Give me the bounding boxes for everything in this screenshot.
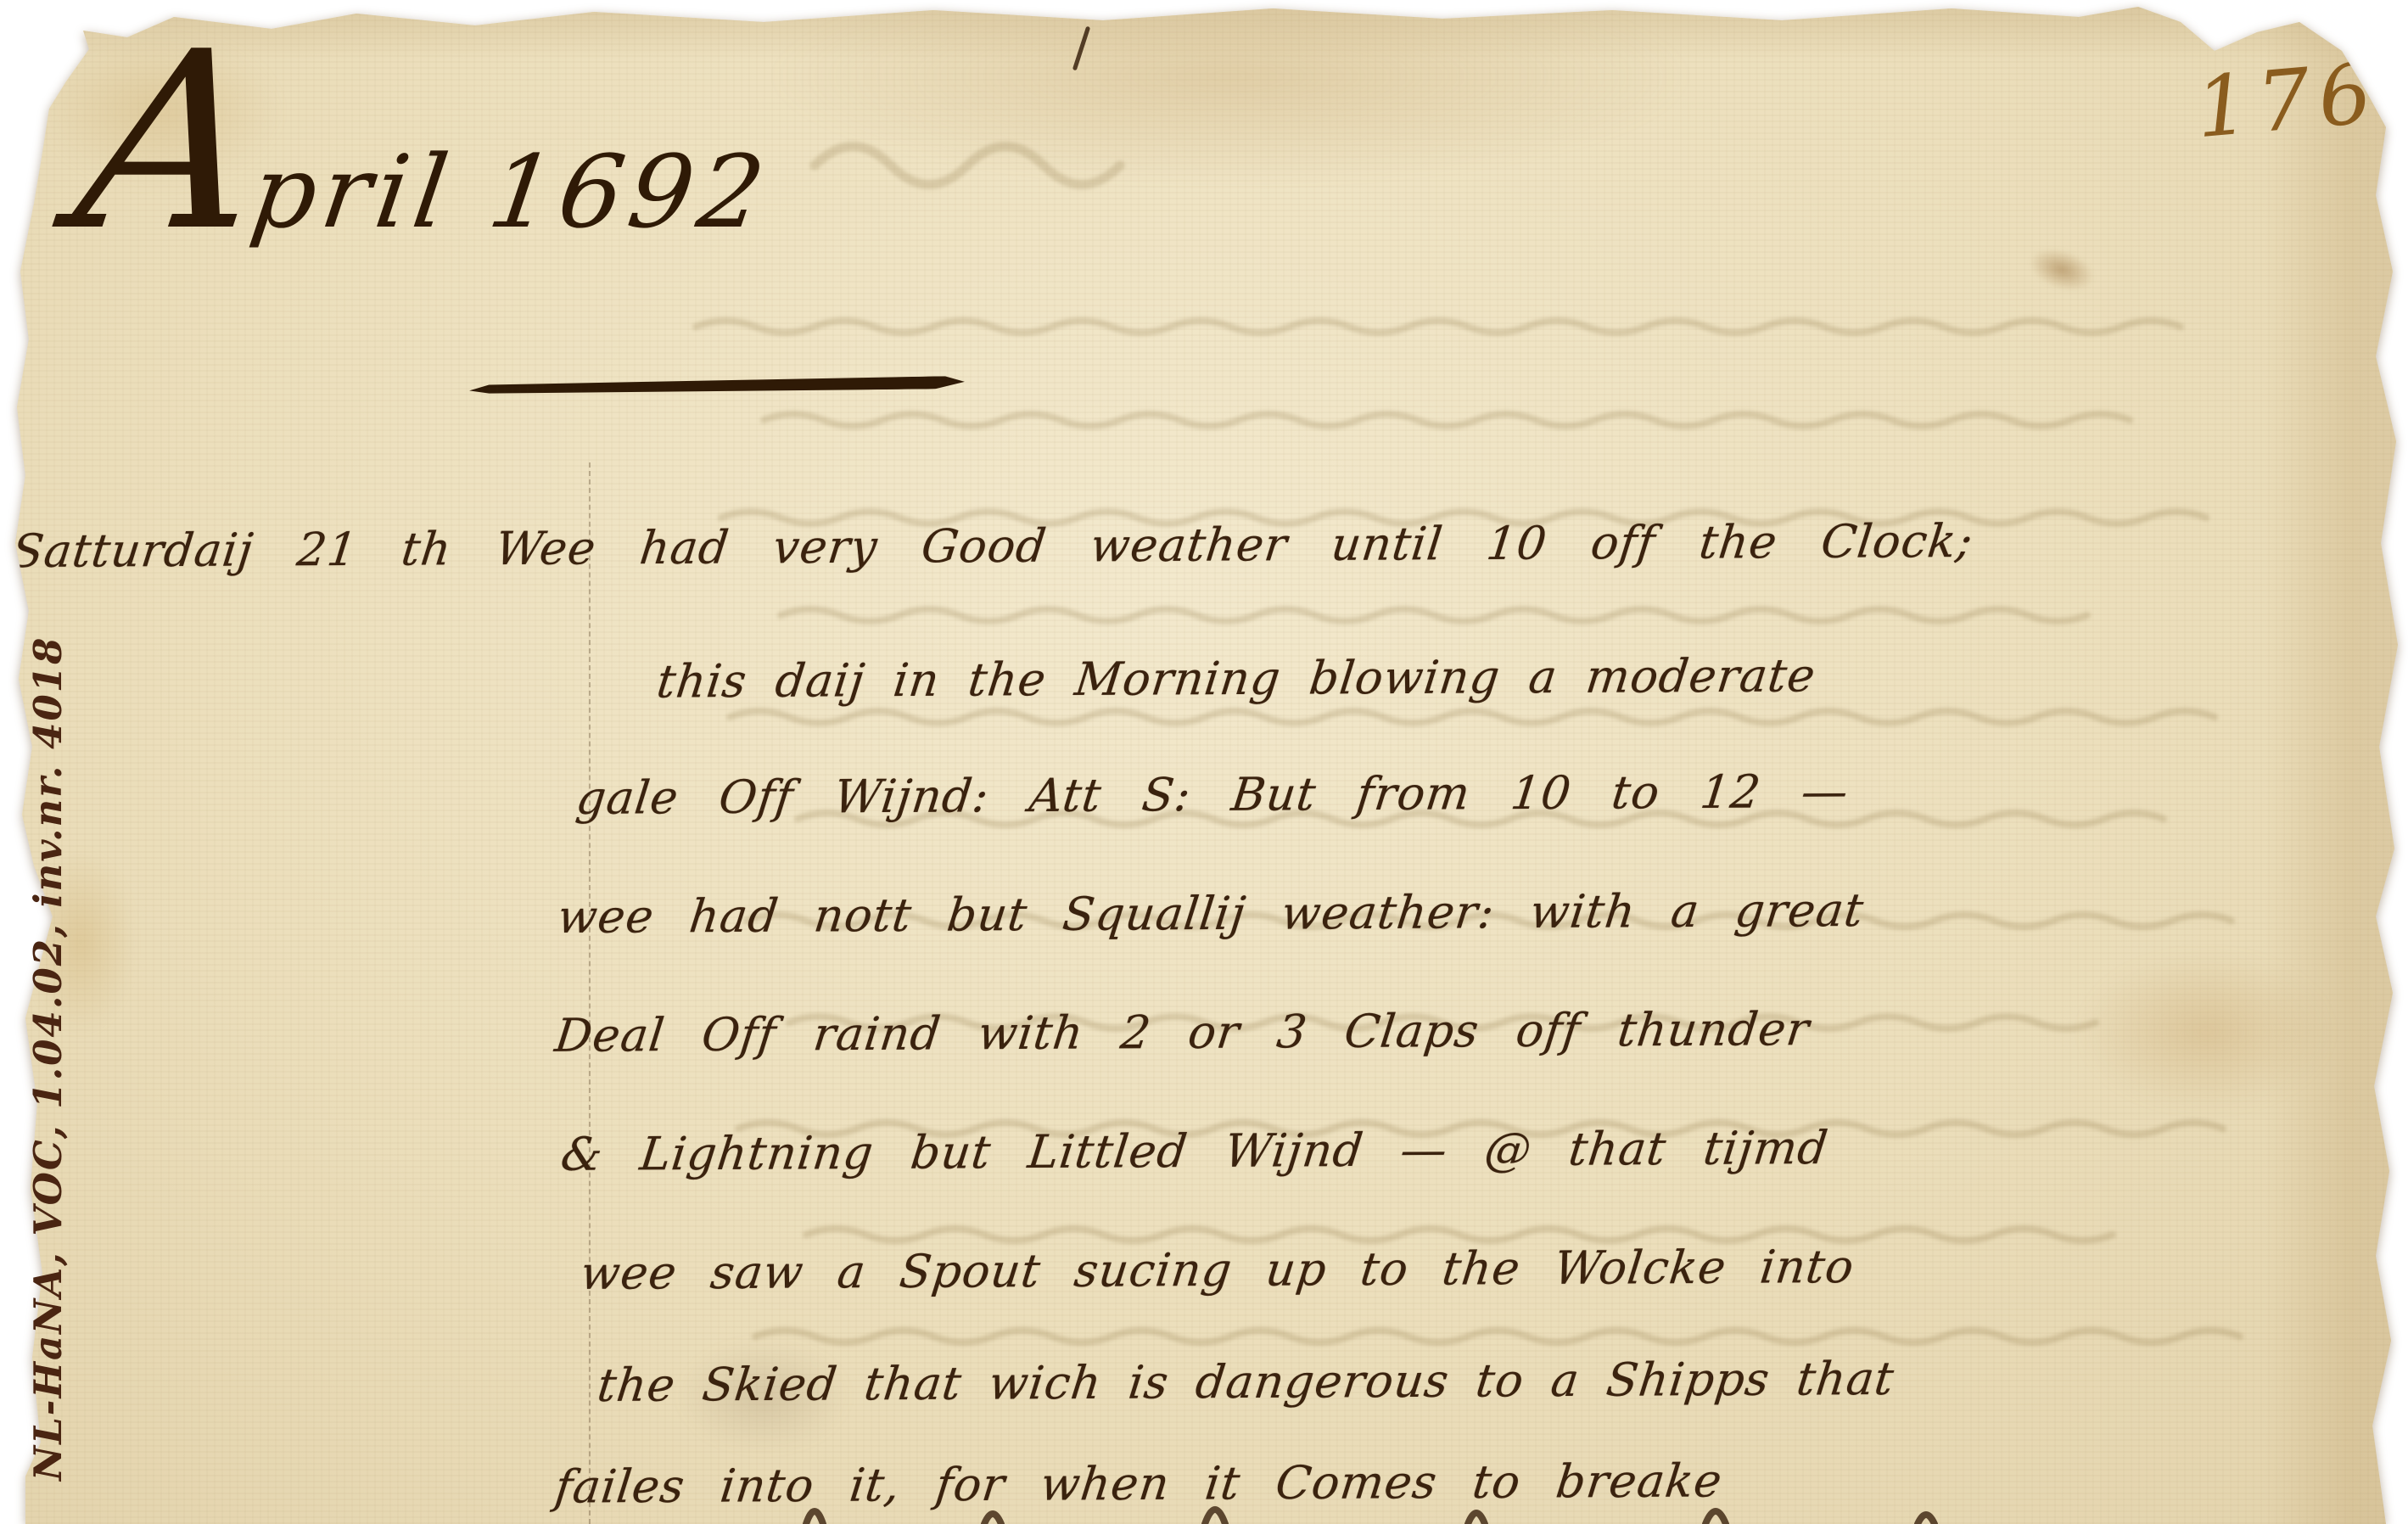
month-heading: April 1692 bbox=[68, 100, 781, 248]
paper-sheet-wrap: 176 April 1692 Satturdaij 21 th Wee had … bbox=[0, 0, 2408, 1524]
archive-reference-stamp: NL-HaNA, VOC, 1.04.02, inv.nr. 4018 bbox=[25, 636, 70, 1481]
fold-crease bbox=[589, 462, 591, 1524]
manuscript-line: & Lightning but Littled Wijnd — @ that t… bbox=[558, 1121, 1831, 1181]
folio-number: 176 bbox=[2192, 45, 2383, 157]
paper-sheet: 176 April 1692 Satturdaij 21 th Wee had … bbox=[0, 0, 2408, 1524]
manuscript-line: the Skied that wich is dangerous to a Sh… bbox=[595, 1352, 1897, 1412]
manuscript-line: gale Off Wijnd: Att S: But from 10 to 12… bbox=[574, 765, 1851, 825]
manuscript-line: this daij in the Morning blowing a moder… bbox=[654, 648, 1818, 708]
manuscript-line: Satturdaij 21 th Wee had very Good weath… bbox=[9, 514, 1976, 578]
manuscript-scan: 176 April 1692 Satturdaij 21 th Wee had … bbox=[0, 0, 2408, 1524]
manuscript-line: failes into it, for when it Comes to bre… bbox=[552, 1454, 1726, 1513]
manuscript-line: Deal Off raind with 2 or 3 Claps off thu… bbox=[552, 1002, 1812, 1062]
manuscript-line: wee had nott but Squallij weather: with … bbox=[555, 883, 1867, 944]
manuscript-line: wee saw a Spout sucing up to the Wolcke … bbox=[578, 1240, 1857, 1300]
